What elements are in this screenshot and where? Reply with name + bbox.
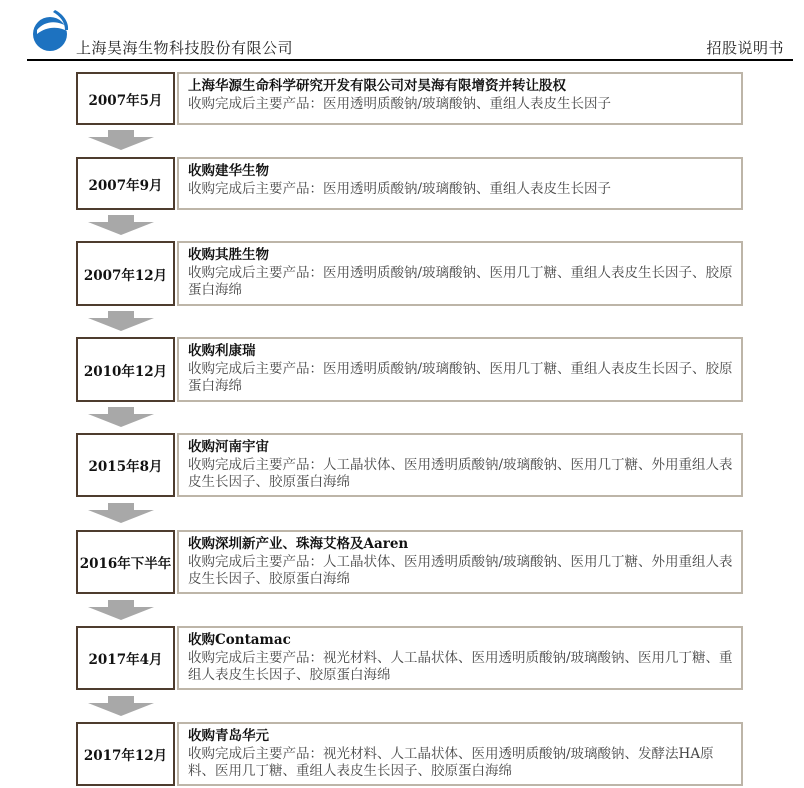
- step-title: 收购Contamac: [188, 631, 733, 650]
- step-description: 收购青岛华元 收购完成后主要产品：视光材料、人工晶状体、医用透明质酸钠/玻璃酸钠…: [177, 722, 743, 786]
- step-description: 收购利康瑞 收购完成后主要产品：医用透明质酸钠/玻璃酸钠、医用几丁糖、重组人表皮…: [177, 337, 743, 402]
- step-title: 收购建华生物: [188, 162, 733, 181]
- step-date: 2010年12月: [76, 337, 175, 402]
- timeline-step: 2015年8月 收购河南宇宙 收购完成后主要产品：人工晶状体、医用透明质酸钠/玻…: [76, 433, 743, 497]
- timeline-step: 2007年12月 收购其胜生物 收购完成后主要产品：医用透明质酸钠/玻璃酸钠、医…: [76, 241, 743, 306]
- timeline-step: 2007年9月 收购建华生物 收购完成后主要产品：医用透明质酸钠/玻璃酸钠、重组…: [76, 157, 743, 210]
- step-date: 2017年12月: [76, 722, 175, 786]
- down-arrow-icon: [88, 407, 154, 427]
- timeline-step: 2016年下半年 收购深圳新产业、珠海艾格及Aaren 收购完成后主要产品：人工…: [76, 530, 743, 594]
- step-title: 收购利康瑞: [188, 342, 733, 361]
- timeline-step: 2017年4月 收购Contamac 收购完成后主要产品：视光材料、人工晶状体、…: [76, 626, 743, 690]
- step-description: 收购深圳新产业、珠海艾格及Aaren 收购完成后主要产品：人工晶状体、医用透明质…: [177, 530, 743, 594]
- step-products: 收购完成后主要产品：医用透明质酸钠/玻璃酸钠、重组人表皮生长因子: [188, 181, 733, 198]
- step-title: 收购青岛华元: [188, 727, 733, 746]
- step-title: 上海华源生命科学研究开发有限公司对昊海有限增资并转让股权: [188, 77, 733, 96]
- step-title: 收购深圳新产业、珠海艾格及Aaren: [188, 535, 733, 554]
- header-divider: [27, 59, 793, 61]
- page-header: 上海昊海生物科技股份有限公司 招股说明书: [0, 0, 804, 62]
- step-products: 收购完成后主要产品：人工晶状体、医用透明质酸钠/玻璃酸钠、医用几丁糖、外用重组人…: [188, 554, 733, 588]
- down-arrow-icon: [88, 600, 154, 620]
- step-products: 收购完成后主要产品：人工晶状体、医用透明质酸钠/玻璃酸钠、医用几丁糖、外用重组人…: [188, 457, 733, 491]
- step-products: 收购完成后主要产品：医用透明质酸钠/玻璃酸钠、医用几丁糖、重组人表皮生长因子、胶…: [188, 361, 733, 395]
- down-arrow-icon: [88, 311, 154, 331]
- step-description: 收购河南宇宙 收购完成后主要产品：人工晶状体、医用透明质酸钠/玻璃酸钠、医用几丁…: [177, 433, 743, 497]
- step-products: 收购完成后主要产品：医用透明质酸钠/玻璃酸钠、重组人表皮生长因子: [188, 96, 733, 113]
- step-date: 2007年5月: [76, 72, 175, 125]
- step-title: 收购其胜生物: [188, 246, 733, 265]
- step-description: 上海华源生命科学研究开发有限公司对昊海有限增资并转让股权 收购完成后主要产品：医…: [177, 72, 743, 125]
- step-description: 收购其胜生物 收购完成后主要产品：医用透明质酸钠/玻璃酸钠、医用几丁糖、重组人表…: [177, 241, 743, 306]
- step-date: 2017年4月: [76, 626, 175, 690]
- company-logo-globe-icon: [29, 8, 73, 52]
- timeline-step: 2010年12月 收购利康瑞 收购完成后主要产品：医用透明质酸钠/玻璃酸钠、医用…: [76, 337, 743, 402]
- down-arrow-icon: [88, 130, 154, 150]
- step-products: 收购完成后主要产品：医用透明质酸钠/玻璃酸钠、医用几丁糖、重组人表皮生长因子、胶…: [188, 265, 733, 299]
- step-products: 收购完成后主要产品：视光材料、人工晶状体、医用透明质酸钠/玻璃酸钠、发酵法HA原…: [188, 746, 733, 780]
- down-arrow-icon: [88, 503, 154, 523]
- step-description: 收购Contamac 收购完成后主要产品：视光材料、人工晶状体、医用透明质酸钠/…: [177, 626, 743, 690]
- step-date: 2007年12月: [76, 241, 175, 306]
- timeline-step: 2017年12月 收购青岛华元 收购完成后主要产品：视光材料、人工晶状体、医用透…: [76, 722, 743, 786]
- step-title: 收购河南宇宙: [188, 438, 733, 457]
- company-name: 上海昊海生物科技股份有限公司: [76, 37, 293, 58]
- step-products: 收购完成后主要产品：视光材料、人工晶状体、医用透明质酸钠/玻璃酸钠、医用几丁糖、…: [188, 650, 733, 684]
- down-arrow-icon: [88, 696, 154, 716]
- step-description: 收购建华生物 收购完成后主要产品：医用透明质酸钠/玻璃酸钠、重组人表皮生长因子: [177, 157, 743, 210]
- down-arrow-icon: [88, 215, 154, 235]
- document-type-label: 招股说明书: [706, 37, 784, 58]
- step-date: 2015年8月: [76, 433, 175, 497]
- timeline-step: 2007年5月 上海华源生命科学研究开发有限公司对昊海有限增资并转让股权 收购完…: [76, 72, 743, 125]
- step-date: 2016年下半年: [76, 530, 175, 594]
- step-date: 2007年9月: [76, 157, 175, 210]
